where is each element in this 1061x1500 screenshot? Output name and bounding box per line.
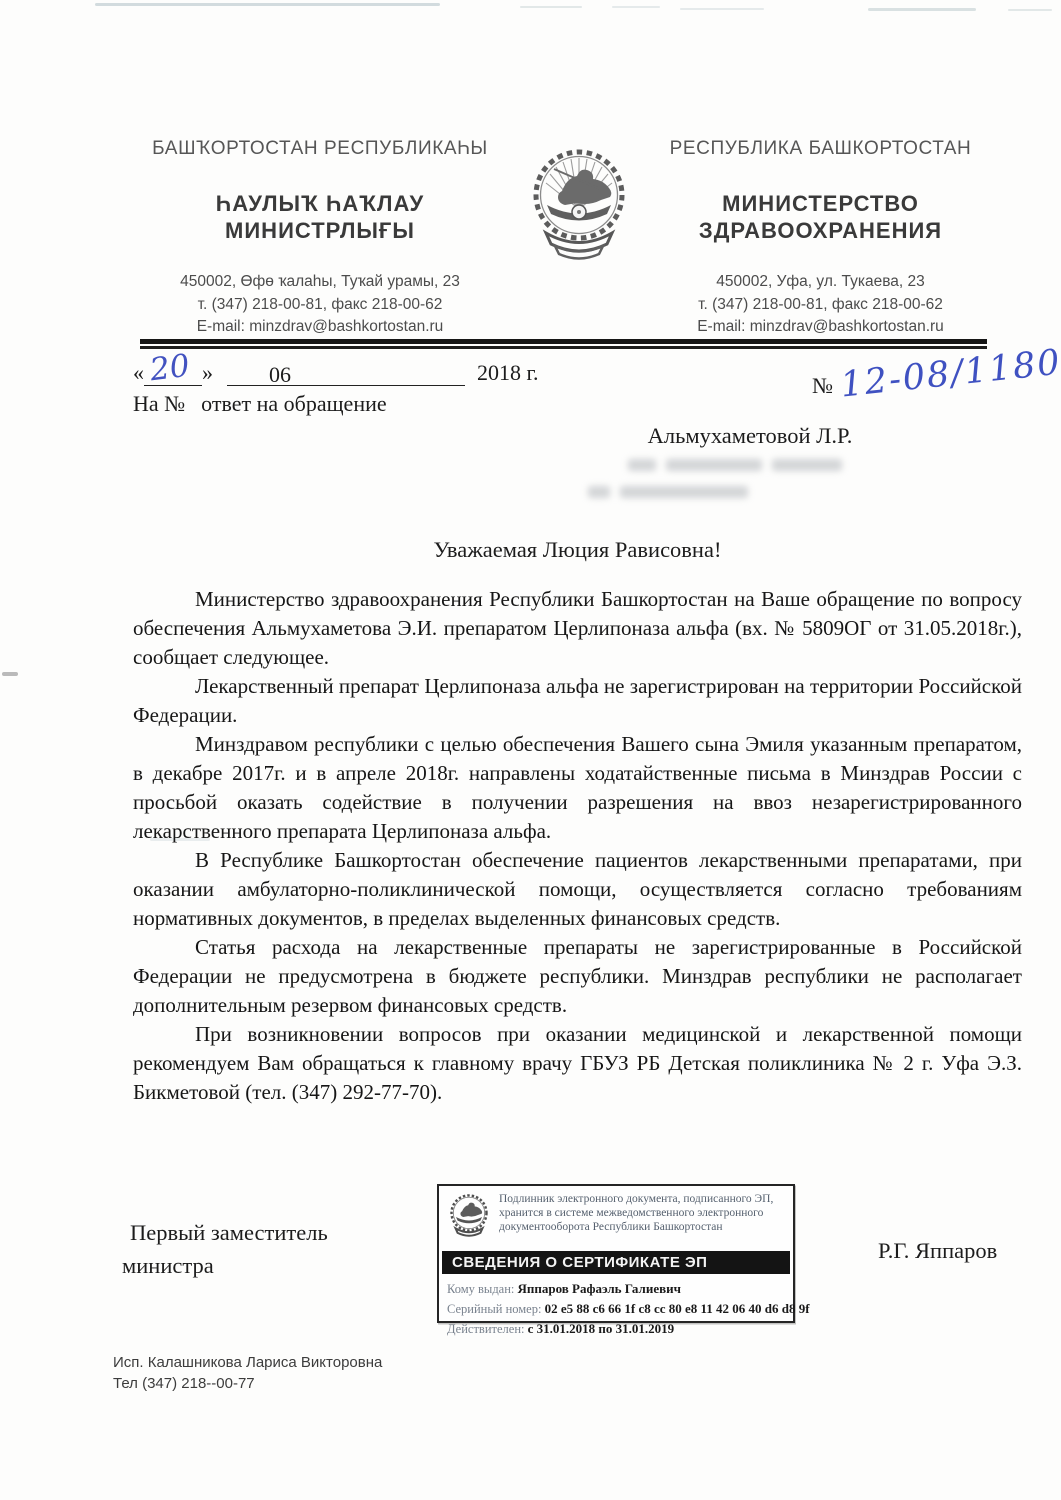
stamp-title: СВЕДЕНИЯ О СЕРТИФИКАТЕ ЭП	[442, 1251, 790, 1274]
letterhead-left-ministry-line2: МИНИСТРЛЫҒЫ	[120, 217, 520, 244]
letterhead-right-ministry-line1: МИНИСТЕРСТВО	[648, 190, 993, 217]
executor-name: Исп. Калашникова Лариса Викторовна	[113, 1352, 382, 1373]
stamp-valid-label: Действителен:	[447, 1322, 524, 1336]
letterhead-right-email: E-mail: minzdrav@bashkortostan.ru	[648, 316, 993, 339]
signer-name: Р.Г. Яппаров	[878, 1238, 997, 1264]
scan-artifact	[2, 672, 18, 676]
stamp-valid-row: Действителен: с 31.01.2018 по 31.01.2019	[447, 1319, 785, 1339]
reply-prefix: На №	[133, 391, 185, 416]
scan-artifact	[680, 8, 764, 10]
year-value: 2018 г.	[477, 360, 539, 385]
scanned-letter-page: БАШҠОРТОСТАН РЕСПУБЛИКАҺЫ ҺАУЛЫҠ ҺАҠЛАУ …	[0, 0, 1061, 1500]
stamp-details: Кому выдан: Яппаров Рафаэль Галиевич Сер…	[439, 1274, 793, 1339]
letterhead-left-address: 450002, Өфө ҡалаһы, Туҡай урамы, 23	[120, 271, 520, 294]
letterhead-right-phone: т. (347) 218-00-81, факс 218-00-62	[648, 294, 993, 317]
handwritten-number: 12-08/1180	[839, 343, 1061, 406]
day-blank: 20	[144, 362, 202, 386]
stamp-top: Подлинник электронного документа, подпис…	[439, 1186, 793, 1249]
scan-artifact	[1008, 9, 1052, 11]
stamp-serial-label: Серийный номер:	[447, 1302, 541, 1316]
letterhead-left-ministry-line1: ҺАУЛЫҠ ҺАҠЛАУ	[120, 190, 520, 217]
outgoing-number-line: №12-08/1180	[812, 362, 1061, 402]
scan-artifact	[95, 3, 440, 6]
header-divider	[140, 339, 987, 349]
stamp-serial-row: Серийный номер: 02 e5 88 c6 66 1f c8 cc …	[447, 1299, 785, 1319]
stamp-coat-of-arms-icon	[445, 1190, 495, 1247]
reply-text: ответ на обращение	[201, 391, 386, 416]
scan-artifact	[868, 8, 976, 11]
stamp-issued-value: Яппаров Рафаэль Галиевич	[518, 1281, 681, 1296]
stamp-serial-value: 02 e5 88 c6 66 1f c8 cc 80 e8 11 42 06 4…	[545, 1301, 810, 1316]
paragraph: В Республике Башкортостан обеспечение па…	[133, 846, 1022, 933]
number-sign: №	[812, 373, 833, 398]
letterhead-right: РЕСПУБЛИКА БАШКОРТОСТАН МИНИСТЕРСТВО ЗДР…	[648, 138, 993, 339]
letter-body: Министерство здравоохранения Республики …	[133, 585, 1022, 1107]
date-line: «20»062018 г.	[133, 360, 539, 386]
paragraph: Минздравом республики с целью обеспечени…	[133, 730, 1022, 846]
letterhead-left: БАШҠОРТОСТАН РЕСПУБЛИКАҺЫ ҺАУЛЫҠ ҺАҠЛАУ …	[120, 138, 520, 339]
signer-position: Первый заместитель министра	[122, 1216, 328, 1282]
executor-block: Исп. Калашникова Лариса Викторовна Тел (…	[113, 1352, 382, 1394]
reply-reference-line: На №ответ на обращение	[133, 391, 387, 417]
letterhead-right-country: РЕСПУБЛИКА БАШКОРТОСТАН	[648, 138, 993, 160]
letterhead-left-country: БАШҠОРТОСТАН РЕСПУБЛИКАҺЫ	[120, 138, 520, 160]
quote-open: «	[133, 360, 144, 385]
paragraph: При возникновении вопросов при оказании …	[133, 1020, 1022, 1107]
stamp-issued-label: Кому выдан:	[447, 1282, 514, 1296]
salutation: Уважаемая Люция Рависовна!	[133, 537, 1022, 563]
letterhead-left-email: E-mail: minzdrav@bashkortostan.ru	[120, 316, 520, 339]
paragraph: Лекарственный препарат Церлипоназа альфа…	[133, 672, 1022, 730]
executor-phone: Тел (347) 218--00-77	[113, 1373, 382, 1394]
signer-position-line2: министра	[122, 1249, 328, 1282]
letterhead-left-phone: т. (347) 218-00-81, факс 218-00-62	[120, 294, 520, 317]
coat-of-arms-icon	[520, 145, 638, 265]
redacted-address-line1	[628, 459, 888, 473]
month-value: 06	[227, 362, 291, 387]
digital-signature-stamp: Подлинник электронного документа, подпис…	[437, 1184, 795, 1323]
scan-artifact	[612, 6, 660, 8]
redacted-address-line2	[588, 486, 808, 500]
paragraph: Министерство здравоохранения Республики …	[133, 585, 1022, 672]
month-blank: 06	[227, 362, 465, 386]
stamp-header-text: Подлинник электронного документа, подпис…	[495, 1190, 787, 1247]
addressee-name: Альмухаметовой Л.Р.	[585, 423, 915, 449]
stamp-issued-row: Кому выдан: Яппаров Рафаэль Галиевич	[447, 1279, 785, 1299]
letterhead-right-address: 450002, Уфа, ул. Тукаева, 23	[648, 271, 993, 294]
paragraph: Статья расхода на лекарственные препарат…	[133, 933, 1022, 1020]
signer-position-line1: Первый заместитель	[122, 1216, 328, 1249]
letterhead-right-ministry-line2: ЗДРАВООХРАНЕНИЯ	[648, 217, 993, 244]
stamp-valid-value: с 31.01.2018 по 31.01.2019	[528, 1321, 675, 1336]
quote-close: »	[202, 360, 213, 385]
scan-artifact	[520, 6, 582, 8]
handwritten-day: 20	[148, 348, 192, 389]
